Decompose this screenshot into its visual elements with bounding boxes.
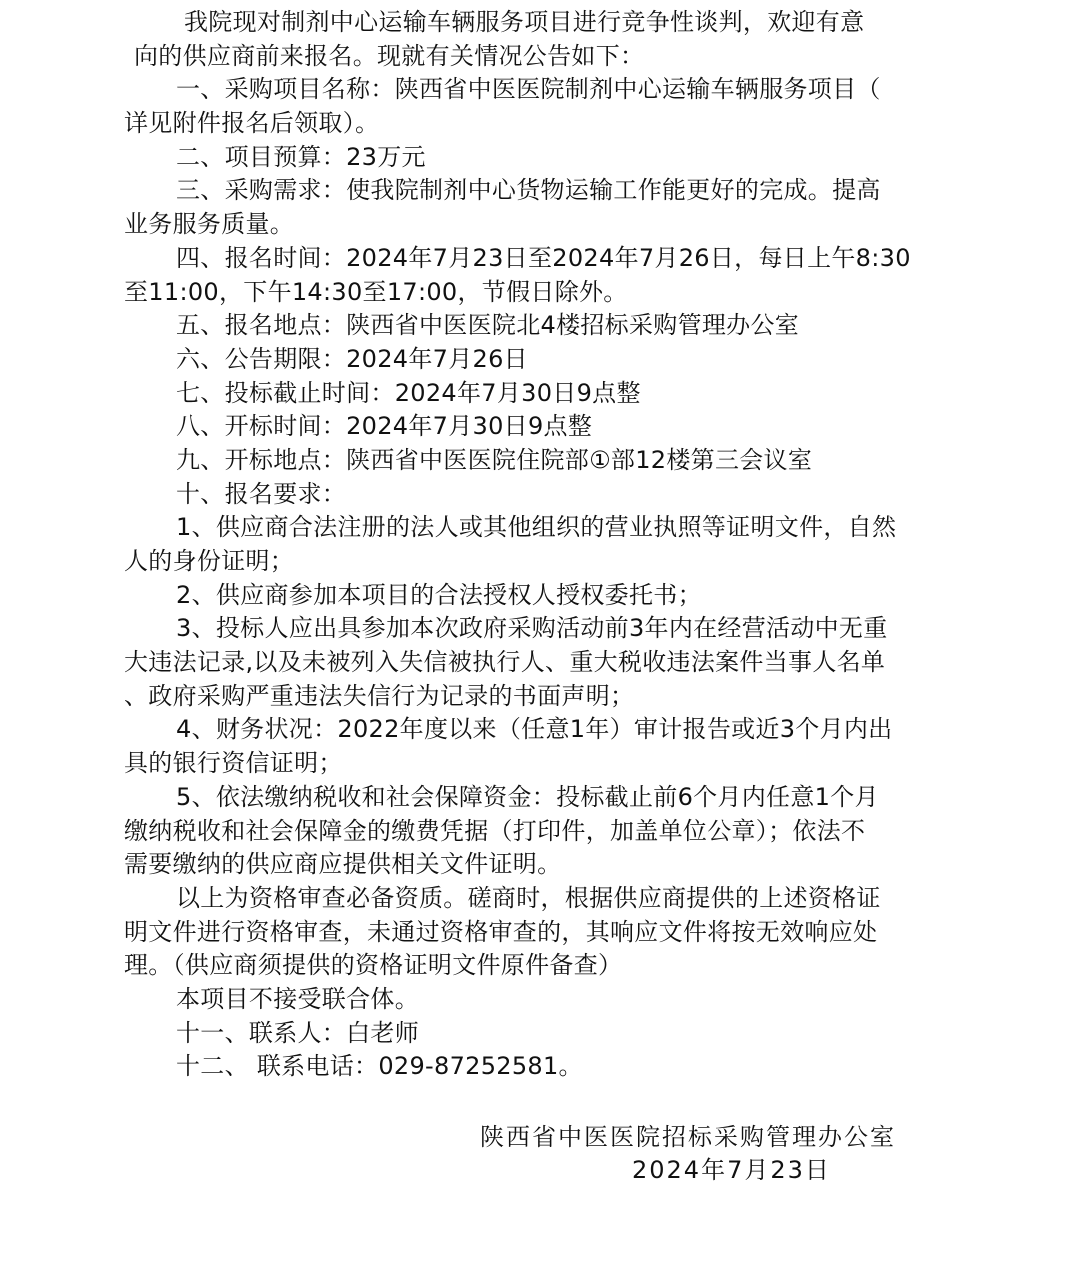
no-consortium-note: 本项目不接受联合体。 <box>124 983 964 1017</box>
item-7-deadline: 七、投标截止时间：2024年7月30日9点整 <box>124 377 964 411</box>
signature-org: 陕西省中医医院招标采购管理办公室 <box>480 1120 896 1154</box>
req-2-line-1: 2、供应商参加本项目的合法授权人授权委托书； <box>124 579 964 613</box>
req-5-line-1: 5、依法缴纳税收和社会保障资金：投标截止前6个月内任意1个月 <box>124 781 964 815</box>
intro-line-2: 向的供应商前来报名。现就有关情况公告如下： <box>124 40 964 74</box>
item-4-line-2: 至11:00，下午14:30至17:00，节假日除外。 <box>124 276 964 310</box>
signature-date: 2024年7月23日 <box>632 1153 831 1187</box>
item-4-line-1: 四、报名时间：2024年7月23日至2024年7月26日，每日上午8:30 <box>124 242 964 276</box>
item-3-line-1: 三、采购需求：使我院制剂中心货物运输工作能更好的完成。提高 <box>124 174 964 208</box>
item-2-budget: 二、项目预算：23万元 <box>124 141 964 175</box>
req-4-line-1: 4、财务状况：2022年度以来（任意1年）审计报告或近3个月内出 <box>124 713 964 747</box>
req-1-line-1: 1、供应商合法注册的法人或其他组织的营业执照等证明文件，自然 <box>124 511 964 545</box>
item-1-line-2: 详见附件报名后领取）。 <box>124 107 964 141</box>
item-9-opening-place: 九、开标地点：陕西省中医医院住院部①部12楼第三会议室 <box>124 444 964 478</box>
qualification-note-line-3: 理。（供应商须提供的资格证明文件原件备查） <box>124 949 964 983</box>
req-4-line-2: 具的银行资信证明； <box>124 747 964 781</box>
item-8-opening-time: 八、开标时间：2024年7月30日9点整 <box>124 410 964 444</box>
req-3-line-3: 、政府采购严重违法失信行为记录的书面声明； <box>124 680 964 714</box>
req-5-line-2: 缴纳税收和社会保障金的缴费凭据（打印件，加盖单位公章）；依法不 <box>124 815 964 849</box>
item-3-line-2: 业务服务质量。 <box>124 208 964 242</box>
req-3-line-2: 大违法记录,以及未被列入失信被执行人、重大税收违法案件当事人名单 <box>124 646 964 680</box>
item-5-location: 五、报名地点：陕西省中医医院北4楼招标采购管理办公室 <box>124 309 964 343</box>
req-1-line-2: 人的身份证明； <box>124 545 964 579</box>
qualification-note-line-1: 以上为资格审查必备资质。磋商时，根据供应商提供的上述资格证 <box>124 882 964 916</box>
item-6-period: 六、公告期限：2024年7月26日 <box>124 343 964 377</box>
item-10-requirements-heading: 十、报名要求： <box>124 478 964 512</box>
announcement-body: 我院现对制剂中心运输车辆服务项目进行竞争性谈判，欢迎有意 向的供应商前来报名。现… <box>124 6 964 1084</box>
qualification-note-line-2: 明文件进行资格审查，未通过资格审查的，其响应文件将按无效响应处 <box>124 916 964 950</box>
item-1-line-1: 一、采购项目名称：陕西省中医医院制剂中心运输车辆服务项目（ <box>124 73 964 107</box>
req-5-line-3: 需要缴纳的供应商应提供相关文件证明。 <box>124 848 964 882</box>
req-3-line-1: 3、投标人应出具参加本次政府采购活动前3年内在经营活动中无重 <box>124 612 964 646</box>
intro-line-1: 我院现对制剂中心运输车辆服务项目进行竞争性谈判，欢迎有意 <box>124 6 964 40</box>
contact-phone: 十二、 联系电话：029-87252581。 <box>124 1050 964 1084</box>
contact-person: 十一、联系人：白老师 <box>124 1017 964 1051</box>
